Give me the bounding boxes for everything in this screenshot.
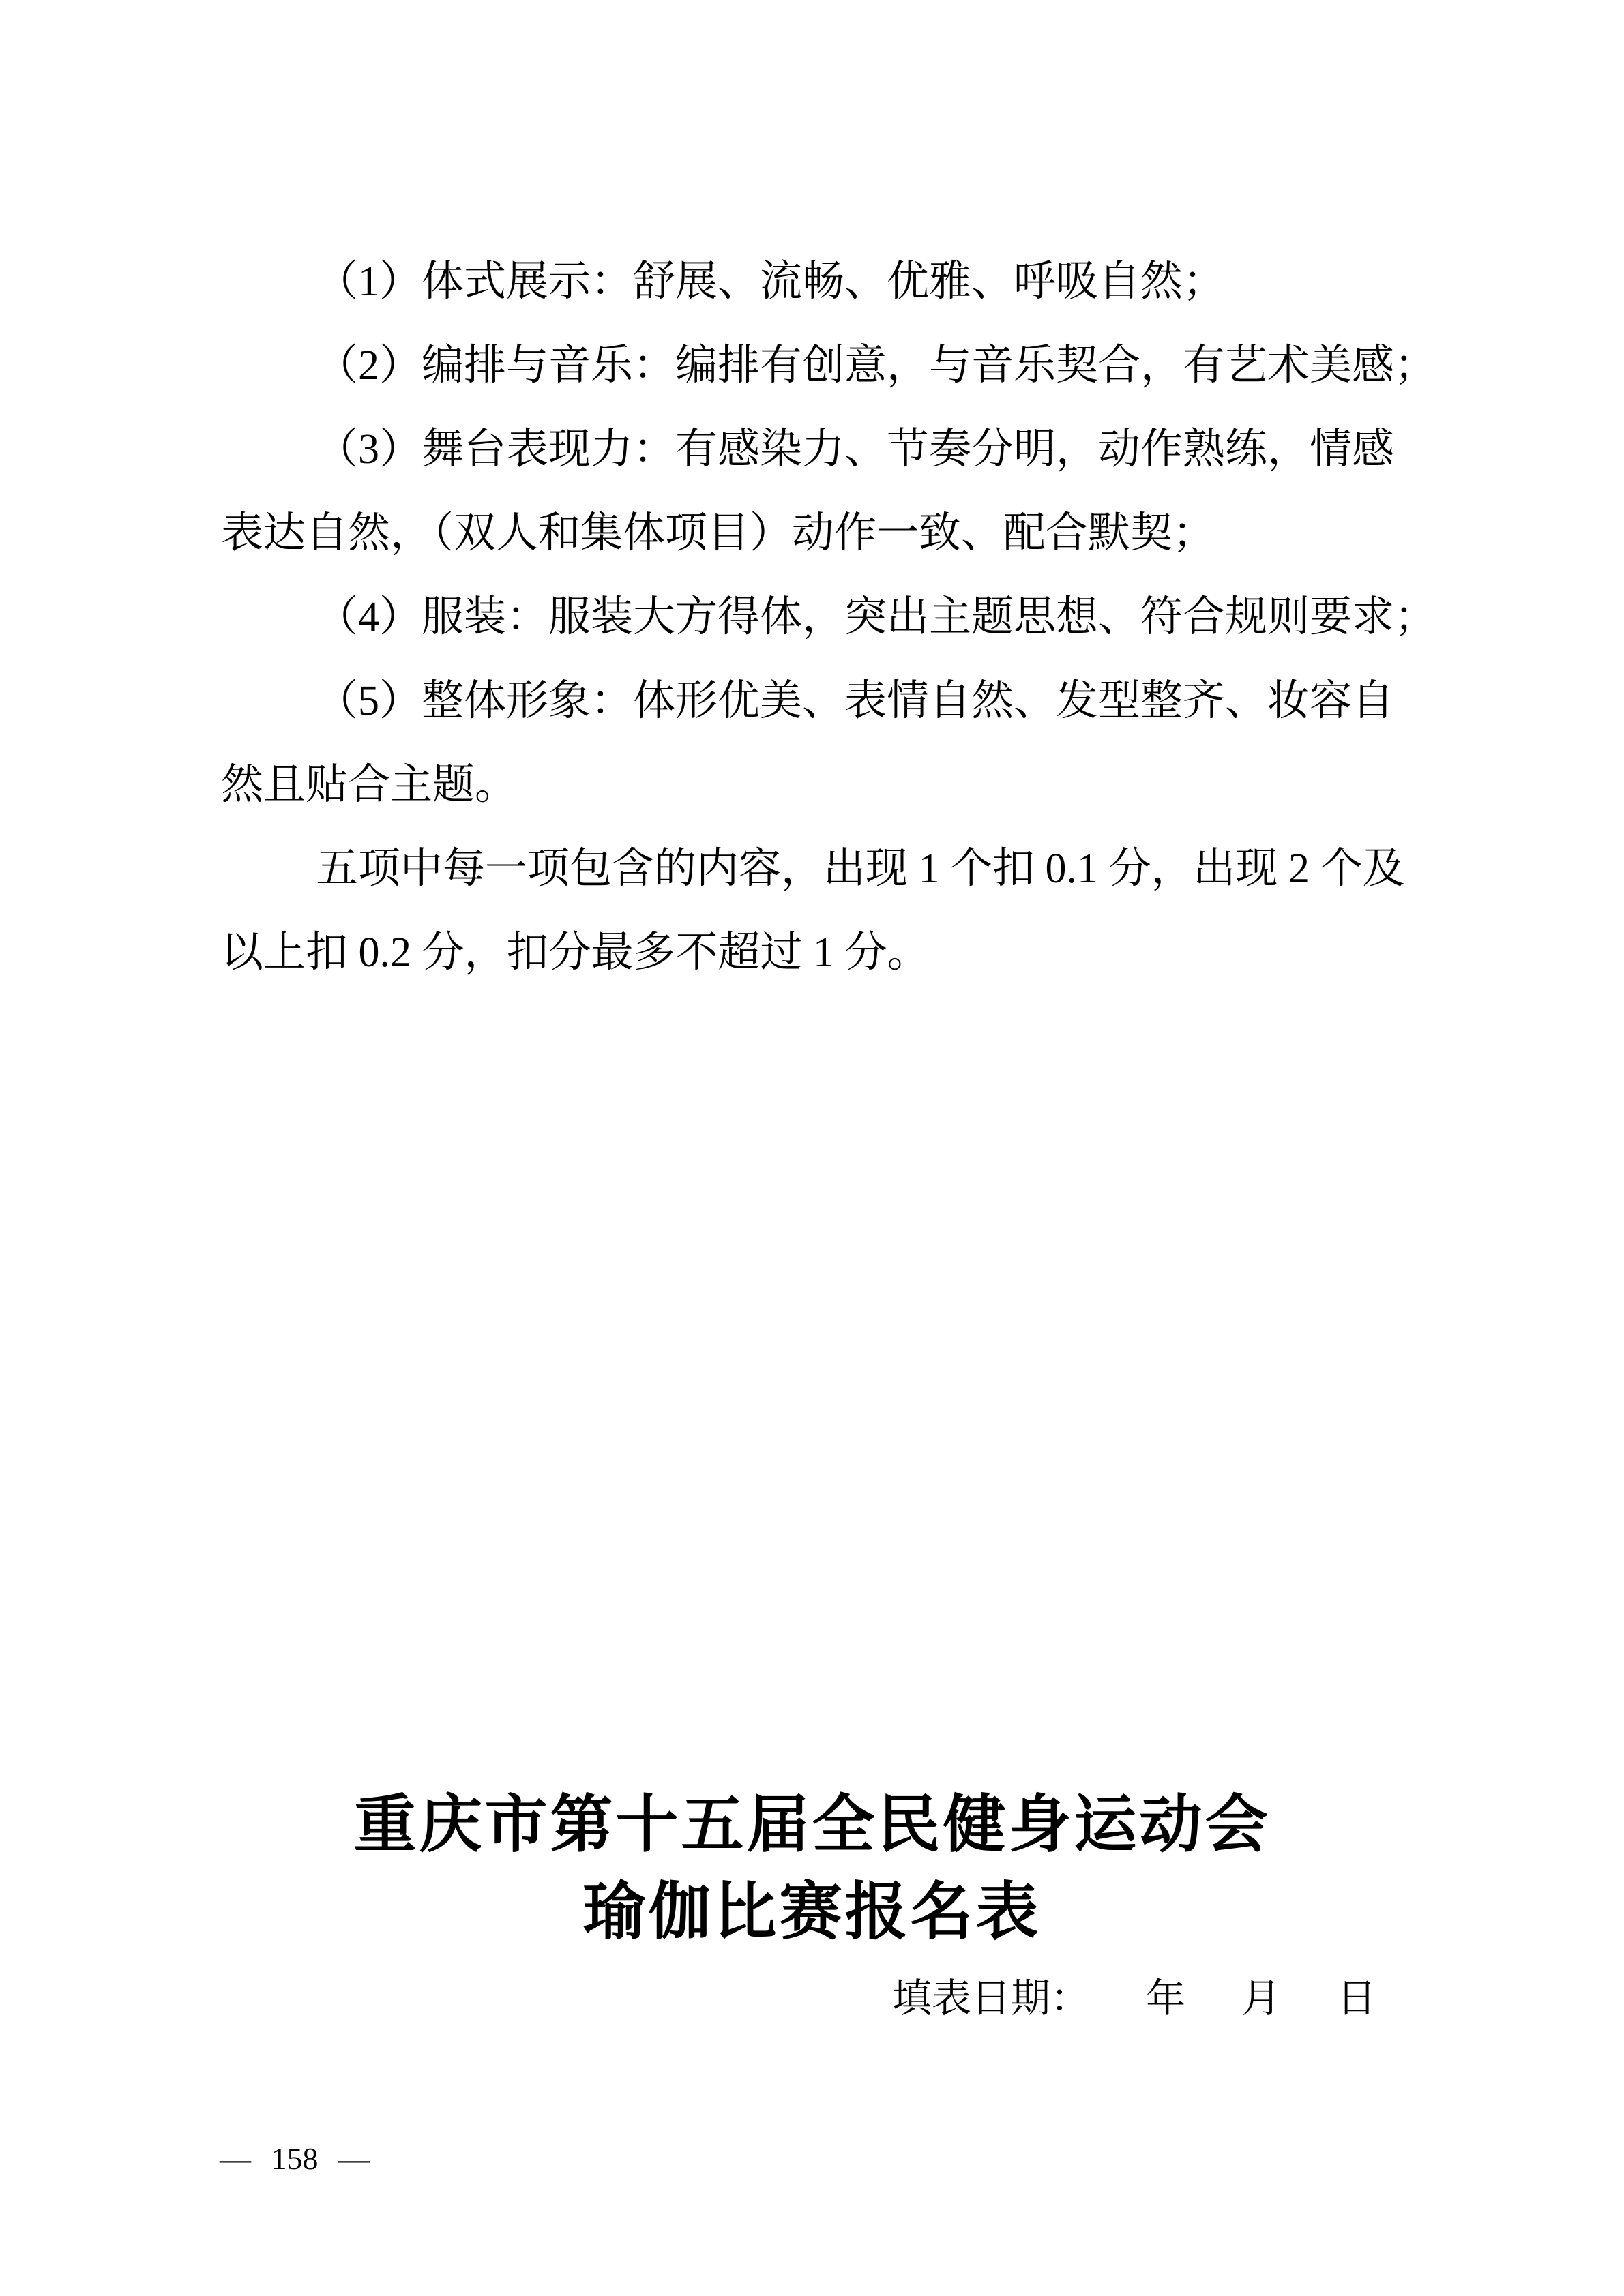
criteria-line-2: （2）编排与音乐：编排有创意，与音乐契合，有艺术美感； (221, 324, 1476, 408)
criteria-line-4: 表达自然，（双人和集体项目）动作一致、配合默契； (221, 492, 1476, 576)
fill-date-label: 填表日期： (892, 1975, 1090, 2023)
registration-form-title: 重庆市第十五届全民健身运动会 瑜伽比赛报名表 (0, 1781, 1624, 1956)
date-unit-month: 月 (1241, 1975, 1281, 2023)
document-page: （1）体式展示：舒展、流畅、优雅、呼吸自然； （2）编排与音乐：编排有创意，与音… (0, 0, 1624, 2296)
form-title-line-1: 重庆市第十五届全民健身运动会 (0, 1781, 1624, 1868)
criteria-line-3: （3）舞台表现力：有感染力、节奏分明，动作熟练，情感 (221, 408, 1476, 492)
form-title-line-2: 瑜伽比赛报名表 (0, 1868, 1624, 1956)
criteria-line-5: （4）服装：服装大方得体，突出主题思想、符合规则要求； (221, 576, 1476, 659)
criteria-paragraphs: （1）体式展示：舒展、流畅、优雅、呼吸自然； （2）编排与音乐：编排有创意，与音… (221, 240, 1476, 995)
criteria-line-6: （5）整体形象：体形优美、表情自然、发型整齐、妆容自 (221, 659, 1476, 743)
criteria-line-1: （1）体式展示：舒展、流畅、优雅、呼吸自然； (221, 240, 1476, 324)
date-unit-day: 日 (1337, 1975, 1376, 2023)
criteria-line-7: 然且贴合主题。 (221, 743, 1476, 827)
fill-date-line: 填表日期： 年 月 日 (892, 1975, 1376, 2023)
date-unit-year: 年 (1146, 1975, 1185, 2023)
deduction-line-1: 五项中每一项包含的内容，出现 1 个扣 0.1 分，出现 2 个及 (221, 827, 1476, 911)
page-number: — 158 — (220, 2141, 370, 2177)
deduction-line-2: 以上扣 0.2 分，扣分最多不超过 1 分。 (221, 911, 1476, 995)
